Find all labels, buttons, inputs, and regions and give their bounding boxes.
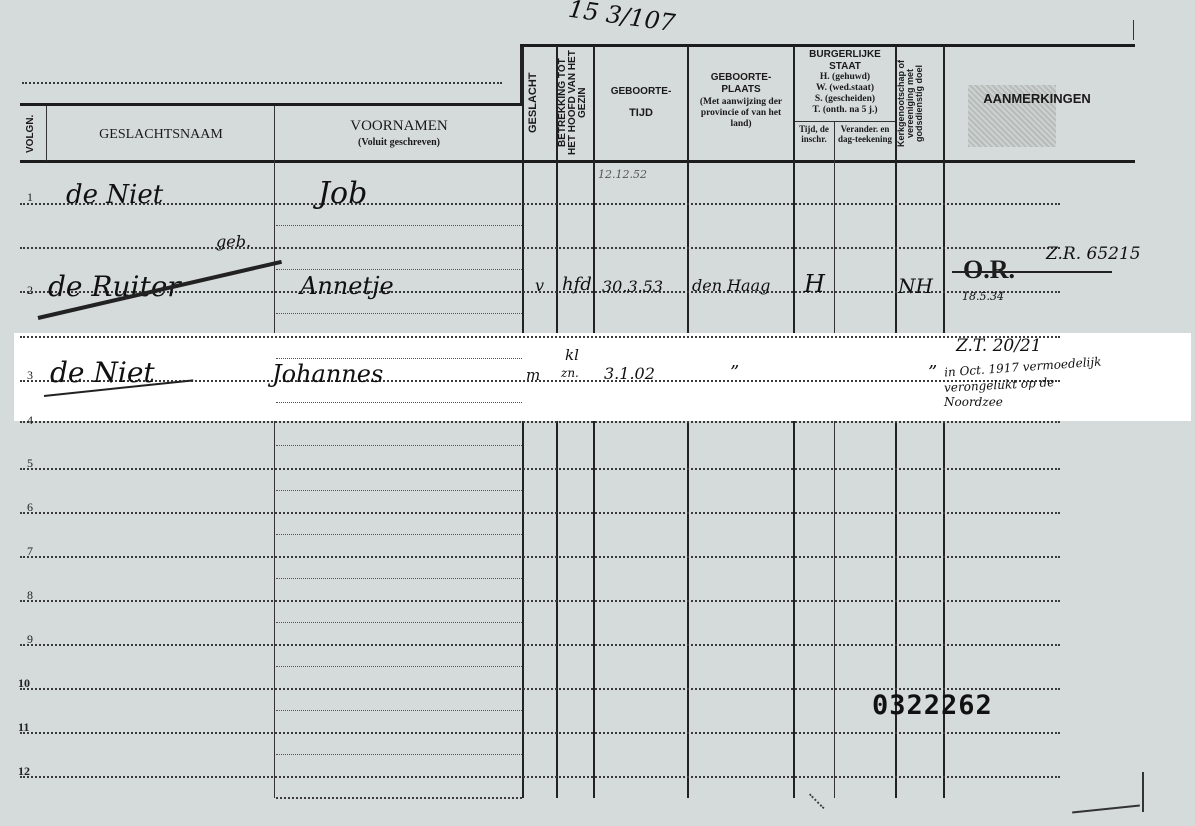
col-header-voornamen-sub: (Voluit geschreven) [276, 137, 522, 149]
col-header-geboorteplaats-2: PLAATS [689, 84, 793, 96]
entry-1-birthdate: 12.12.52 [598, 168, 647, 181]
entry-2-birthplace: den Haag [692, 276, 770, 295]
row-subline [276, 358, 522, 359]
col-header-geboortetijd-2: TIJD [595, 107, 687, 120]
entry-2-firstname: Annetje [300, 272, 394, 300]
col-divider [274, 106, 275, 798]
row-line [20, 732, 1060, 734]
row-subline [276, 534, 522, 535]
row-bottom-line [276, 797, 522, 799]
col-header-bs-tijd: Tijd, de inschr. [795, 124, 833, 145]
row-line [20, 247, 1060, 249]
row-number: 12 [18, 764, 30, 779]
row-subline [276, 666, 522, 667]
row-subline [276, 402, 522, 403]
col-header-geboortetijd-1: GEBOORTE- [595, 86, 687, 98]
col-header-kerkgenootschap: Kerkgenootschap of vereeniging met godsd… [897, 48, 941, 158]
row-number: 4 [27, 413, 33, 428]
row-line [20, 600, 1060, 602]
col-header-betrekking: BETREKKING TOT HET HOOFD VAN HET GEZIN [558, 48, 592, 158]
row-number: 8 [27, 588, 33, 603]
row-number: 9 [27, 632, 33, 647]
entry-2-sex: v [535, 276, 544, 295]
entry-3-firstname: Johannes [272, 360, 383, 388]
col-header-burgerlijke-staat: BURGERLIJKE STAAT [795, 49, 895, 72]
row-number: 10 [18, 676, 30, 691]
row-line [20, 776, 1060, 778]
top-annotation: 15 3/107 [567, 0, 677, 37]
serial-number-stamp: 0322262 [872, 690, 993, 721]
row-subline [276, 225, 522, 226]
entry-2-relation: hfd [562, 274, 592, 295]
col-header-aanmerkingen: AANMERKINGEN [962, 92, 1112, 107]
corner-mark-bottom [1072, 804, 1140, 813]
row-subline [276, 622, 522, 623]
entry-2-remark-or: O.R. [963, 255, 1015, 285]
entry-3-birthplace: ” [730, 362, 739, 383]
bs-option-w: W. (wed.staat) [795, 83, 895, 94]
row-line [20, 468, 1060, 470]
bs-subdivider [795, 121, 895, 122]
col-header-bs-verander: Verander. en dag-teekening [836, 124, 894, 145]
row-subline [276, 445, 522, 446]
row-line [20, 421, 1060, 423]
entry-3-remark-4: Noordzee [944, 395, 1003, 409]
row-number: 1 [27, 190, 33, 205]
entry-1-firstname: Job [318, 176, 367, 211]
row-line [20, 556, 1060, 558]
corner-mark [1133, 20, 1144, 40]
entry-3-relation-1: kl [565, 346, 579, 364]
row-number: 11 [18, 720, 29, 735]
row-line [20, 644, 1060, 646]
col-header-geboorteplaats-1: GEBOORTE- [689, 72, 793, 84]
row-subline [276, 490, 522, 491]
header-top-border-left [20, 103, 522, 106]
col-header-geslacht: GESLACHT [528, 50, 548, 156]
row-number: 2 [27, 283, 33, 298]
entry-2-surname-note: geb. [216, 232, 251, 251]
row-number: 3 [27, 368, 33, 383]
row-line [20, 512, 1060, 514]
entry-2-remark-extra: Z.R. 65215 [1046, 244, 1141, 264]
entry-3-sex: m [526, 366, 540, 384]
row-subline [276, 710, 522, 711]
row-line [20, 203, 1060, 205]
corner-mark-bottom-vert [1142, 772, 1144, 812]
col-header-geslachtsnaam: GESLACHTSNAAM [48, 127, 274, 143]
col-header-voornamen: VOORNAMEN [276, 118, 522, 135]
row-line [20, 336, 1060, 338]
col-header-volgn: VOLGN. [26, 110, 42, 158]
row-subline [276, 754, 522, 755]
entry-2-remark-date: 18.5.34 [962, 290, 1004, 303]
row-subline [276, 313, 522, 314]
entry-3-relation-2: zn. [561, 366, 579, 380]
col-divider [834, 121, 835, 798]
col-divider [46, 106, 47, 161]
entry-2-civil-status: H [804, 270, 825, 298]
header-title-line [22, 82, 502, 84]
header-top-border-right [520, 44, 1135, 47]
row-number: 6 [27, 500, 33, 515]
bs-option-t: T. (onth. na 5 j.) [795, 105, 895, 116]
entry-3-birthdate: 3.1.02 [604, 364, 655, 383]
entry-2-religion: NH [898, 274, 933, 298]
bs-option-s: S. (gescheiden) [795, 94, 895, 105]
entry-3-religion: ” [928, 362, 937, 383]
row-number: 5 [27, 456, 33, 471]
row-subline [276, 578, 522, 579]
row-subline [276, 269, 522, 270]
bs-option-h: H. (gehuwd) [795, 72, 895, 83]
entry-2-birthdate: 30.3.53 [602, 277, 663, 296]
entry-3-remark-1: Z.T. 20/21 [956, 336, 1042, 356]
header-bottom-border [20, 160, 1135, 163]
entry-1-surname: de Niet [66, 180, 163, 210]
row-number: 7 [27, 544, 33, 559]
scan-mark [808, 794, 825, 811]
entry-2-remark-strikethrough [952, 271, 1112, 273]
col-header-geboorteplaats-sub: (Met aanwijzing der provincie of van het… [692, 97, 790, 130]
